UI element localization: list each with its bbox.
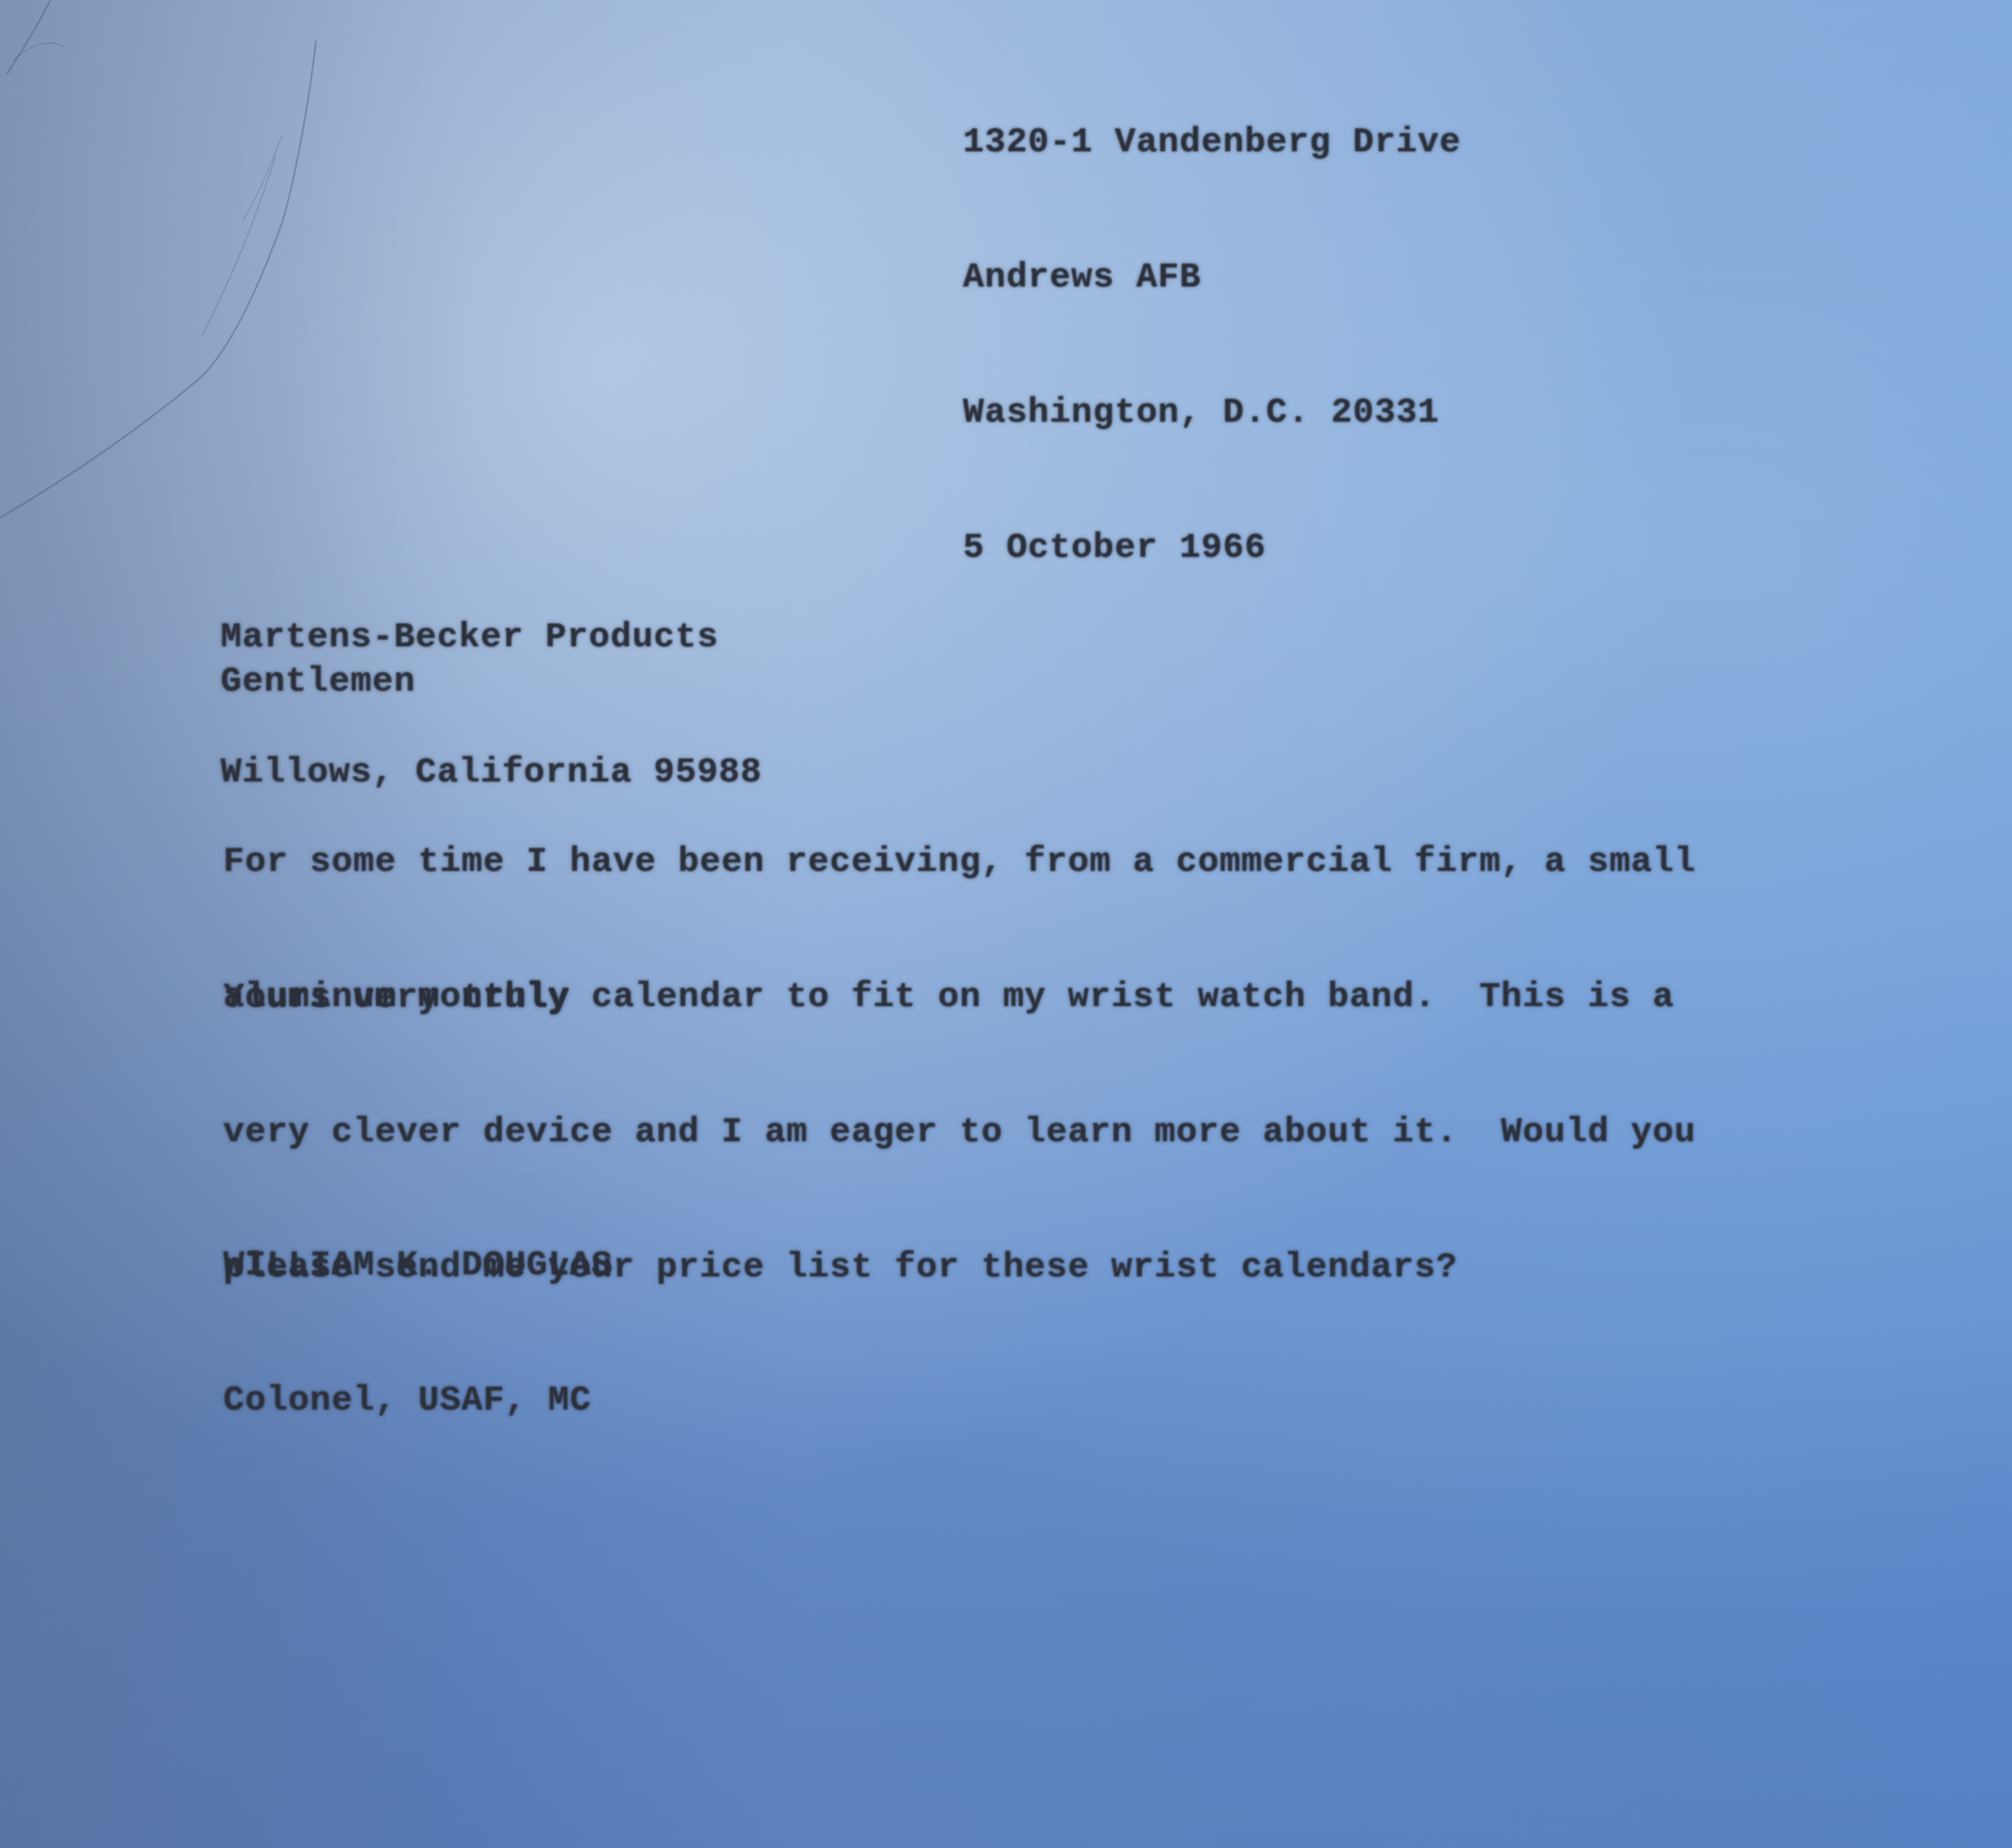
body-line: very clever device and I am eager to lea… — [223, 1110, 1696, 1155]
recipient-company: Martens-Becker Products — [221, 615, 762, 660]
return-address-base: Andrews AFB — [963, 255, 1461, 300]
signature-block: WILLIAM K. DOUGLAS Colonel, USAF, MC — [223, 1153, 613, 1513]
signer-title: Colonel, USAF, MC — [223, 1378, 613, 1423]
return-address-street: 1320-1 Vandenberg Drive — [963, 120, 1461, 165]
letter-date: 5 October 1966 — [963, 525, 1461, 570]
signer-name: WILLIAM K. DOUGLAS — [223, 1243, 613, 1288]
letter-paper: 1320-1 Vandenberg Drive Andrews AFB Wash… — [0, 0, 2012, 1848]
closing: Yours very truly — [223, 975, 570, 1020]
paper-crease-marks — [0, 0, 471, 538]
salutation: Gentlemen — [221, 659, 416, 704]
return-address: 1320-1 Vandenberg Drive Andrews AFB Wash… — [963, 30, 1461, 660]
return-address-city: Washington, D.C. 20331 — [963, 390, 1461, 435]
body-line: For some time I have been receiving, fro… — [223, 839, 1696, 884]
